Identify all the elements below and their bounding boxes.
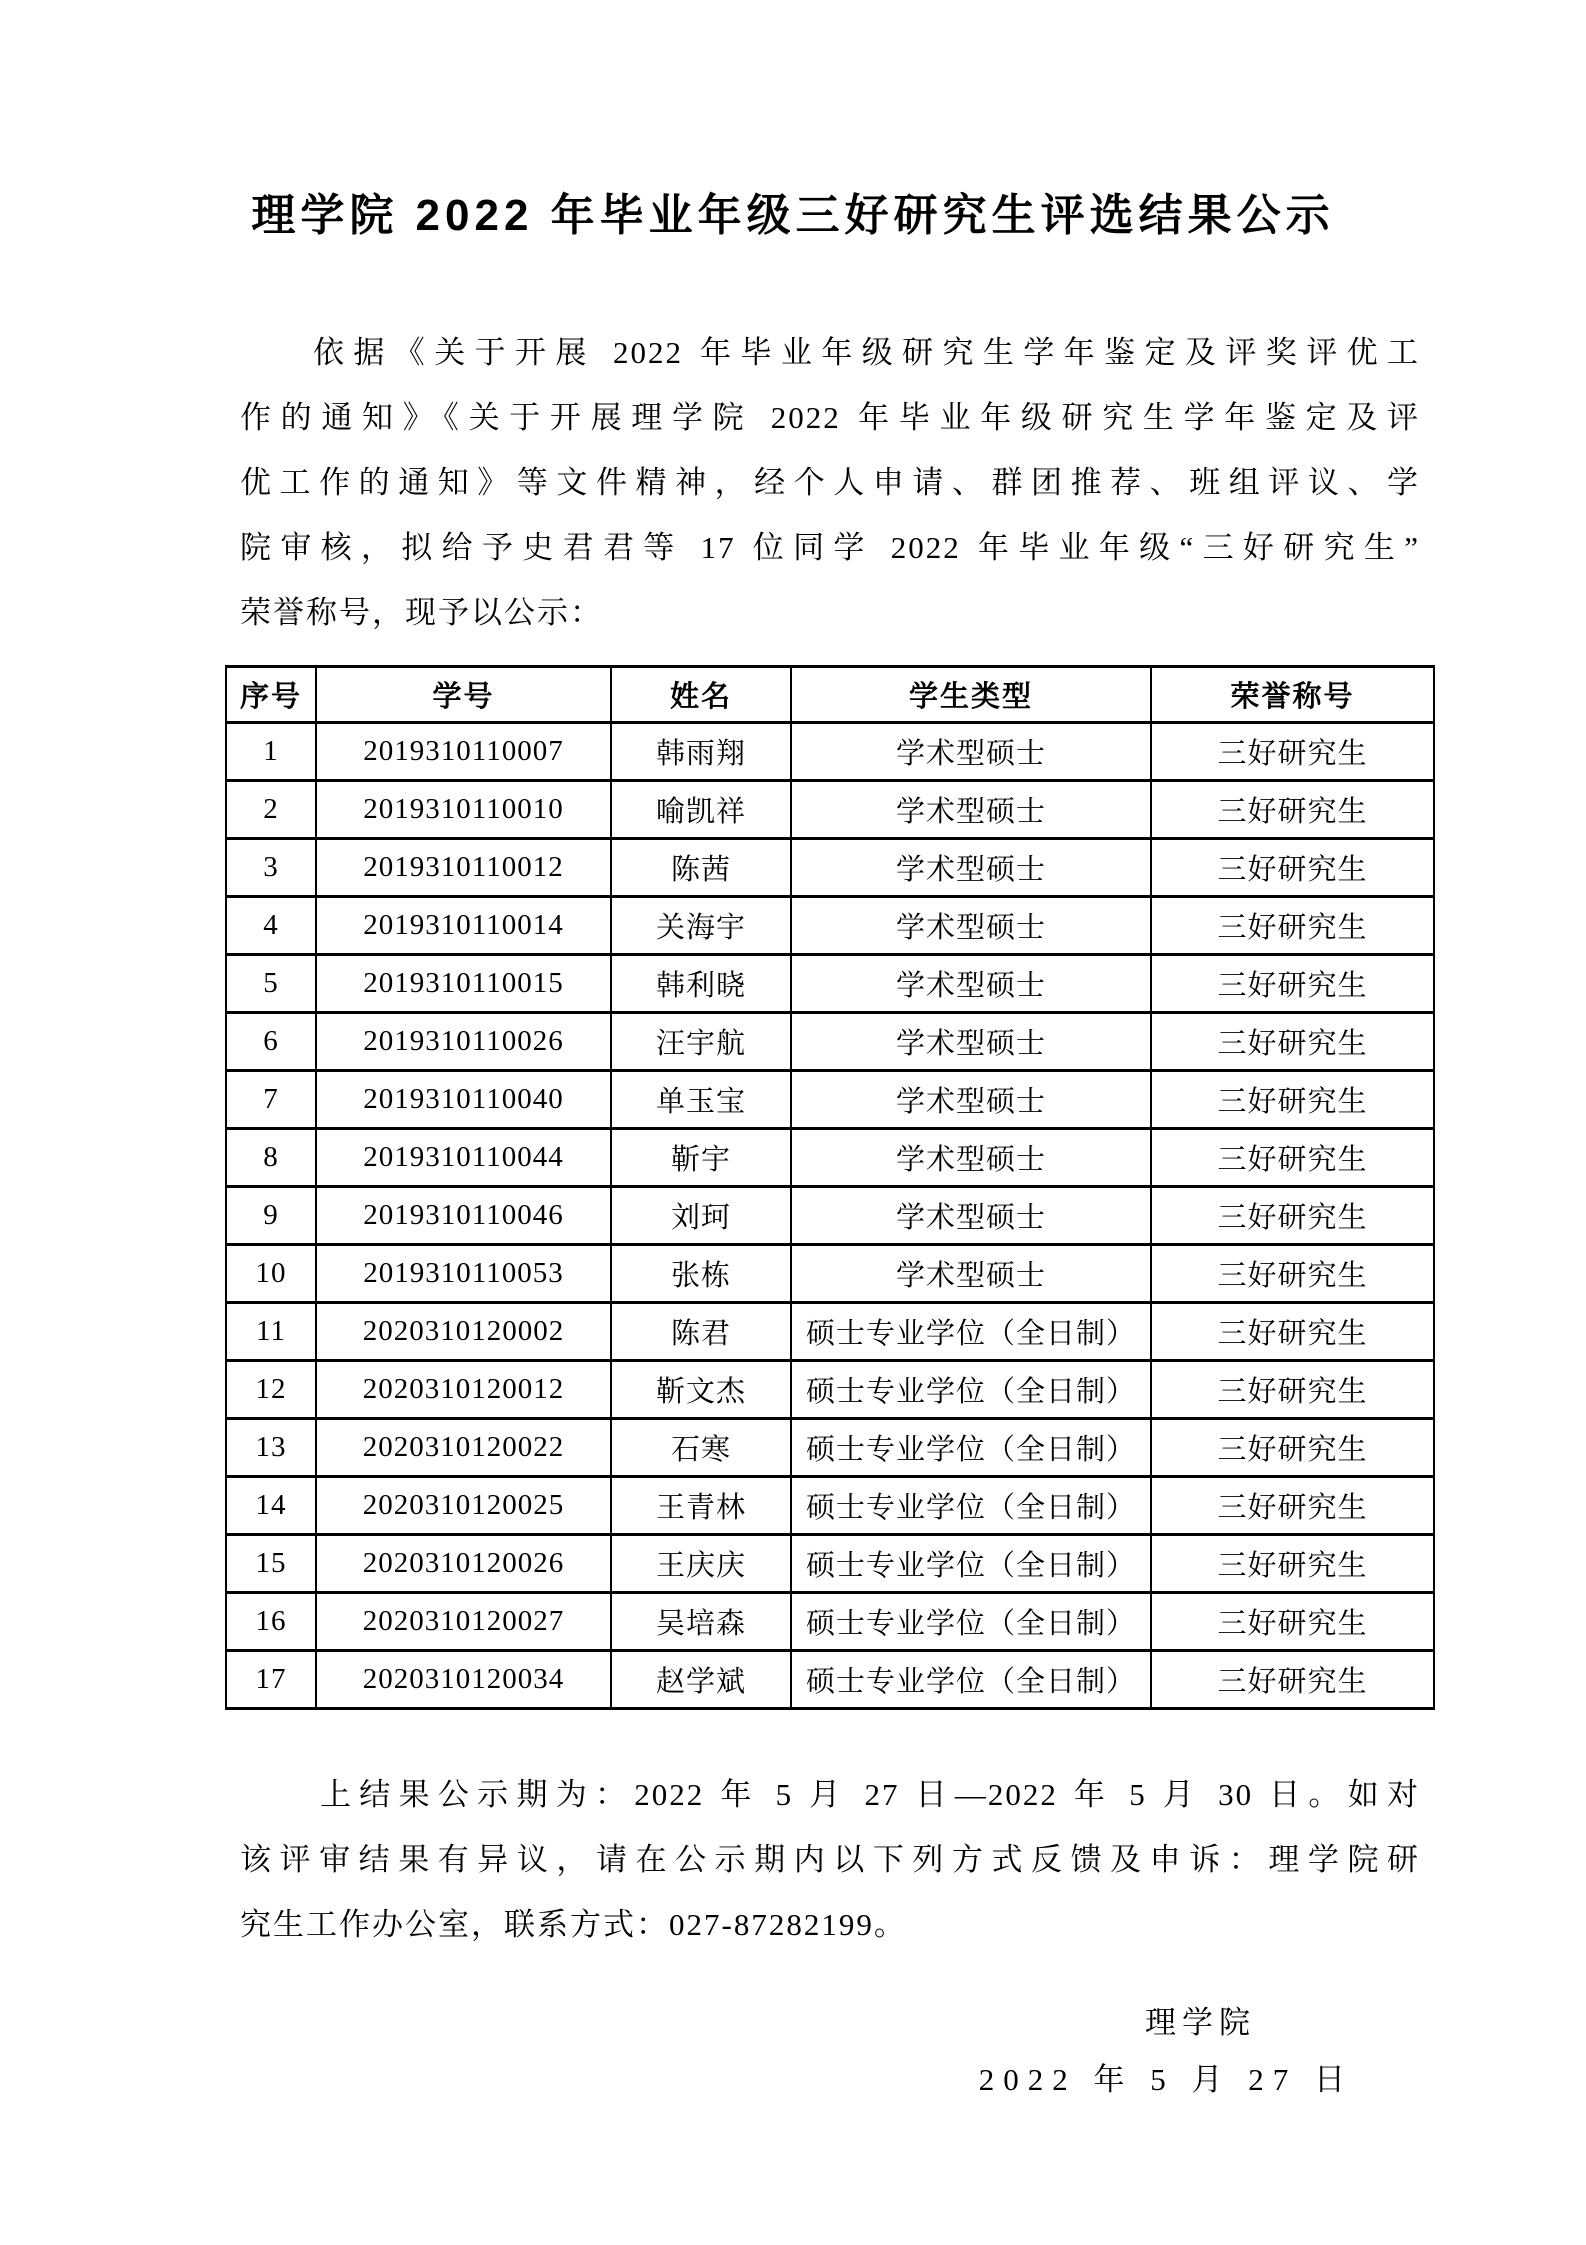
table-header-cell: 姓名: [611, 667, 791, 723]
table-cell: 三好研究生: [1151, 839, 1434, 897]
table-cell: 靳宇: [611, 1129, 791, 1187]
results-table: 序号 学号 姓名 学生类型 荣誉称号 12019310110007韩雨翔学术型硕…: [225, 665, 1435, 1710]
table-header-cell: 学号: [316, 667, 611, 723]
paragraph-line: 依据《关于开展 2022 年毕业年级研究生学年鉴定及评奖评优工: [240, 320, 1420, 385]
table-cell: 2020310120002: [316, 1303, 611, 1361]
table-cell: 7: [226, 1071, 316, 1129]
table-cell: 韩雨翔: [611, 723, 791, 781]
table-cell: 三好研究生: [1151, 1535, 1434, 1593]
table-cell: 2020310120025: [316, 1477, 611, 1535]
table-cell: 2019310110046: [316, 1187, 611, 1245]
table-cell: 10: [226, 1245, 316, 1303]
table-cell: 2019310110053: [316, 1245, 611, 1303]
paragraph-line: 优工作的通知》等文件精神，经个人申请、群团推荐、班组评议、学: [240, 450, 1420, 515]
table-cell: 学术型硕士: [791, 839, 1151, 897]
table-row: 12019310110007韩雨翔学术型硕士三好研究生: [226, 723, 1434, 781]
table-row: 112020310120002陈君硕士专业学位（全日制）三好研究生: [226, 1303, 1434, 1361]
paragraph-line: 作的通知》《关于开展理学院 2022 年毕业年级研究生学年鉴定及评: [240, 385, 1420, 450]
table-cell: 关海宇: [611, 897, 791, 955]
signature-org: 理学院: [0, 1995, 1586, 2051]
table-row: 102019310110053张栋学术型硕士三好研究生: [226, 1245, 1434, 1303]
table-cell: 2020310120034: [316, 1651, 611, 1709]
intro-paragraph: 依据《关于开展 2022 年毕业年级研究生学年鉴定及评奖评优工作的通知》《关于开…: [240, 320, 1420, 645]
table-cell: 学术型硕士: [791, 1187, 1151, 1245]
table-row: 152020310120026王庆庆硕士专业学位（全日制）三好研究生: [226, 1535, 1434, 1593]
table-row: 22019310110010喻凯祥学术型硕士三好研究生: [226, 781, 1434, 839]
table-cell: 王庆庆: [611, 1535, 791, 1593]
table-cell: 三好研究生: [1151, 1419, 1434, 1477]
table-row: 62019310110026汪宇航学术型硕士三好研究生: [226, 1013, 1434, 1071]
table-cell: 三好研究生: [1151, 897, 1434, 955]
table-cell: 硕士专业学位（全日制）: [791, 1361, 1151, 1419]
paragraph-line: 上结果公示期为：2022 年 5 月 27 日—2022 年 5 月 30 日。…: [240, 1762, 1420, 1827]
table-cell: 学术型硕士: [791, 723, 1151, 781]
table-cell: 三好研究生: [1151, 1129, 1434, 1187]
table-cell: 2019310110010: [316, 781, 611, 839]
table-cell: 陈茜: [611, 839, 791, 897]
table-cell: 5: [226, 955, 316, 1013]
table-row: 92019310110046刘珂学术型硕士三好研究生: [226, 1187, 1434, 1245]
table-cell: 王青林: [611, 1477, 791, 1535]
table-row: 142020310120025王青林硕士专业学位（全日制）三好研究生: [226, 1477, 1434, 1535]
table-cell: 三好研究生: [1151, 1477, 1434, 1535]
table-cell: 三好研究生: [1151, 1013, 1434, 1071]
table-cell: 2019310110026: [316, 1013, 611, 1071]
table-cell: 13: [226, 1419, 316, 1477]
table-cell: 11: [226, 1303, 316, 1361]
closing-paragraph: 上结果公示期为：2022 年 5 月 27 日—2022 年 5 月 30 日。…: [240, 1762, 1420, 1957]
table-cell: 2019310110014: [316, 897, 611, 955]
table-cell: 三好研究生: [1151, 1187, 1434, 1245]
table-cell: 8: [226, 1129, 316, 1187]
table-row: 172020310120034赵学斌硕士专业学位（全日制）三好研究生: [226, 1651, 1434, 1709]
table-cell: 硕士专业学位（全日制）: [791, 1303, 1151, 1361]
table-cell: 2020310120012: [316, 1361, 611, 1419]
table-cell: 15: [226, 1535, 316, 1593]
table-cell: 学术型硕士: [791, 1245, 1151, 1303]
table-cell: 三好研究生: [1151, 723, 1434, 781]
table-cell: 学术型硕士: [791, 897, 1151, 955]
table-cell: 硕士专业学位（全日制）: [791, 1651, 1151, 1709]
table-cell: 2: [226, 781, 316, 839]
table-row: 122020310120012靳文杰硕士专业学位（全日制）三好研究生: [226, 1361, 1434, 1419]
table-cell: 学术型硕士: [791, 1129, 1151, 1187]
table-cell: 吴培森: [611, 1593, 791, 1651]
table-cell: 学术型硕士: [791, 955, 1151, 1013]
table-cell: 硕士专业学位（全日制）: [791, 1593, 1151, 1651]
table-cell: 喻凯祥: [611, 781, 791, 839]
table-body: 12019310110007韩雨翔学术型硕士三好研究生2201931011001…: [226, 723, 1434, 1709]
table-cell: 2019310110015: [316, 955, 611, 1013]
table-cell: 17: [226, 1651, 316, 1709]
table-cell: 2019310110044: [316, 1129, 611, 1187]
table-cell: 14: [226, 1477, 316, 1535]
table-cell: 三好研究生: [1151, 781, 1434, 839]
document-page: 理学院 2022 年毕业年级三好研究生评选结果公示 依据《关于开展 2022 年…: [0, 0, 1586, 2245]
paragraph-line: 究生工作办公室，联系方式：027-87282199。: [240, 1892, 1420, 1957]
paragraph-line: 院审核，拟给予史君君等 17 位同学 2022 年毕业年级“三好研究生”: [240, 515, 1420, 580]
table-cell: 1: [226, 723, 316, 781]
table-cell: 2019310110007: [316, 723, 611, 781]
table-cell: 陈君: [611, 1303, 791, 1361]
paragraph-line: 该评审结果有异议，请在公示期内以下列方式反馈及申诉：理学院研: [240, 1827, 1420, 1892]
table-header-cell: 学生类型: [791, 667, 1151, 723]
table-cell: 6: [226, 1013, 316, 1071]
table-cell: 9: [226, 1187, 316, 1245]
table-cell: 赵学斌: [611, 1651, 791, 1709]
table-cell: 三好研究生: [1151, 1593, 1434, 1651]
table-cell: 韩利晓: [611, 955, 791, 1013]
table-row: 52019310110015韩利晓学术型硕士三好研究生: [226, 955, 1434, 1013]
table-row: 82019310110044靳宇学术型硕士三好研究生: [226, 1129, 1434, 1187]
table-cell: 刘珂: [611, 1187, 791, 1245]
table-header-cell: 荣誉称号: [1151, 667, 1434, 723]
table-cell: 汪宇航: [611, 1013, 791, 1071]
table-cell: 学术型硕士: [791, 1071, 1151, 1129]
table-cell: 2020310120026: [316, 1535, 611, 1593]
signature-date: 2022 年 5 月 27 日: [0, 2051, 1586, 2109]
table-row: 32019310110012陈茜学术型硕士三好研究生: [226, 839, 1434, 897]
table-cell: 单玉宝: [611, 1071, 791, 1129]
table-cell: 16: [226, 1593, 316, 1651]
table-cell: 石寒: [611, 1419, 791, 1477]
table-cell: 张栋: [611, 1245, 791, 1303]
table-cell: 4: [226, 897, 316, 955]
page-title: 理学院 2022 年毕业年级三好研究生评选结果公示: [0, 0, 1586, 244]
table-cell: 硕士专业学位（全日制）: [791, 1477, 1151, 1535]
table-cell: 2019310110012: [316, 839, 611, 897]
table-cell: 三好研究生: [1151, 955, 1434, 1013]
table-cell: 硕士专业学位（全日制）: [791, 1535, 1151, 1593]
table-cell: 三好研究生: [1151, 1361, 1434, 1419]
paragraph-line: 荣誉称号，现予以公示：: [240, 580, 1420, 645]
table-cell: 三好研究生: [1151, 1245, 1434, 1303]
table-cell: 2020310120027: [316, 1593, 611, 1651]
table-row: 42019310110014关海宇学术型硕士三好研究生: [226, 897, 1434, 955]
table-cell: 2020310120022: [316, 1419, 611, 1477]
table-row: 132020310120022石寒硕士专业学位（全日制）三好研究生: [226, 1419, 1434, 1477]
table-header-row: 序号 学号 姓名 学生类型 荣誉称号: [226, 667, 1434, 723]
table-cell: 三好研究生: [1151, 1651, 1434, 1709]
table-row: 72019310110040单玉宝学术型硕士三好研究生: [226, 1071, 1434, 1129]
table-cell: 三好研究生: [1151, 1071, 1434, 1129]
table-header-cell: 序号: [226, 667, 316, 723]
table-cell: 3: [226, 839, 316, 897]
table-cell: 三好研究生: [1151, 1303, 1434, 1361]
table-row: 162020310120027吴培森硕士专业学位（全日制）三好研究生: [226, 1593, 1434, 1651]
table-cell: 12: [226, 1361, 316, 1419]
table-cell: 硕士专业学位（全日制）: [791, 1419, 1151, 1477]
table-cell: 学术型硕士: [791, 781, 1151, 839]
table-cell: 学术型硕士: [791, 1013, 1151, 1071]
table-cell: 靳文杰: [611, 1361, 791, 1419]
table-cell: 2019310110040: [316, 1071, 611, 1129]
